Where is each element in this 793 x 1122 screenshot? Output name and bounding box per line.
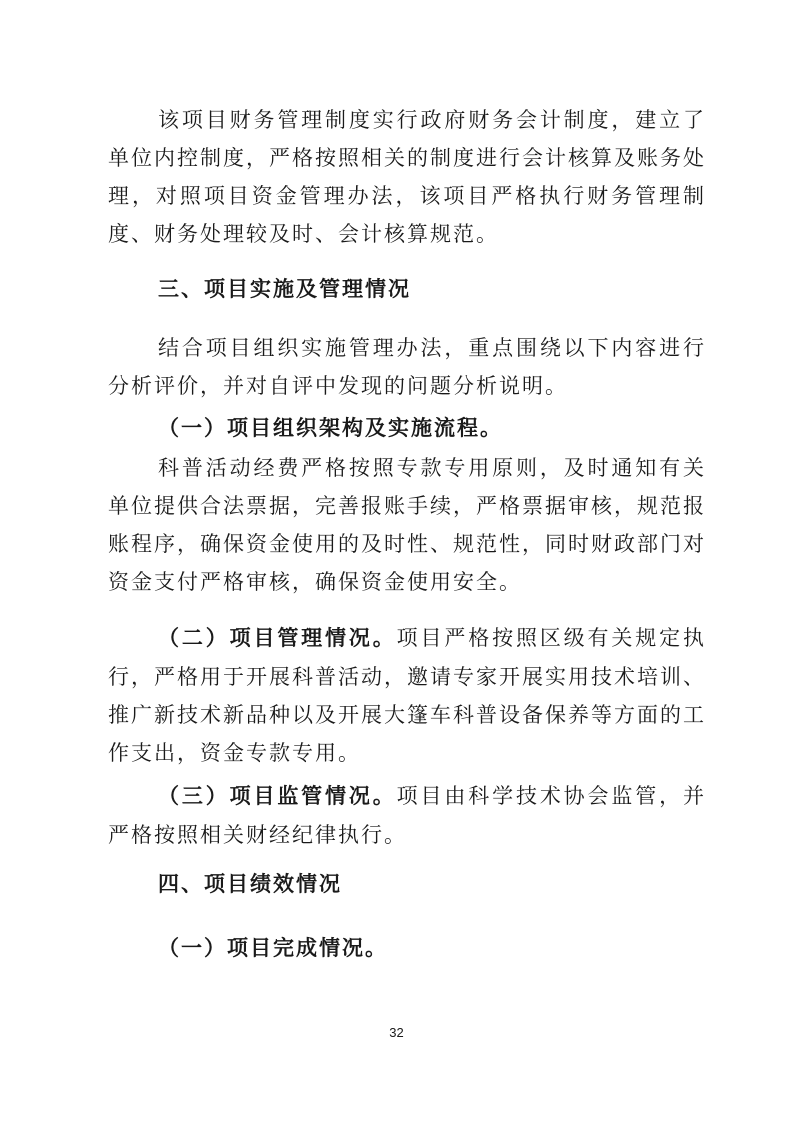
paragraph-project-supervision: （三）项目监管情况。项目由科学技术协会监管，并严格按照相关财经纪律执行。 bbox=[108, 777, 706, 854]
page-number: 32 bbox=[0, 1025, 793, 1041]
heading-management-lead: （二）项目管理情况。 bbox=[158, 627, 397, 650]
paragraph-project-management: （二）项目管理情况。项目严格按照区级有关规定执行，严格用于开展科普活动，邀请专家… bbox=[108, 619, 706, 772]
paragraph-financial-system: 该项目财务管理制度实行政府财务会计制度，建立了单位内控制度，严格按照相关的制度进… bbox=[108, 101, 706, 253]
paragraph-funds-usage: 科普活动经费严格按照专款专用原则，及时通知有关单位提供合法票据，完善报账手续，严… bbox=[108, 449, 706, 601]
document-page: 该项目财务管理制度实行政府财务会计制度，建立了单位内控制度，严格按照相关的制度进… bbox=[0, 0, 793, 1122]
heading-project-completion: （一）项目完成情况。 bbox=[108, 929, 706, 967]
heading-section-4-performance: 四、项目绩效情况 bbox=[108, 866, 706, 904]
heading-org-structure-process: （一）项目组织架构及实施流程。 bbox=[108, 409, 706, 447]
paragraph-analysis-intro: 结合项目组织实施管理办法，重点围绕以下内容进行分析评价，并对自评中发现的问题分析… bbox=[108, 329, 706, 405]
heading-supervision-lead: （三）项目监管情况。 bbox=[158, 785, 397, 808]
heading-section-3-implementation-management: 三、项目实施及管理情况 bbox=[108, 271, 706, 309]
